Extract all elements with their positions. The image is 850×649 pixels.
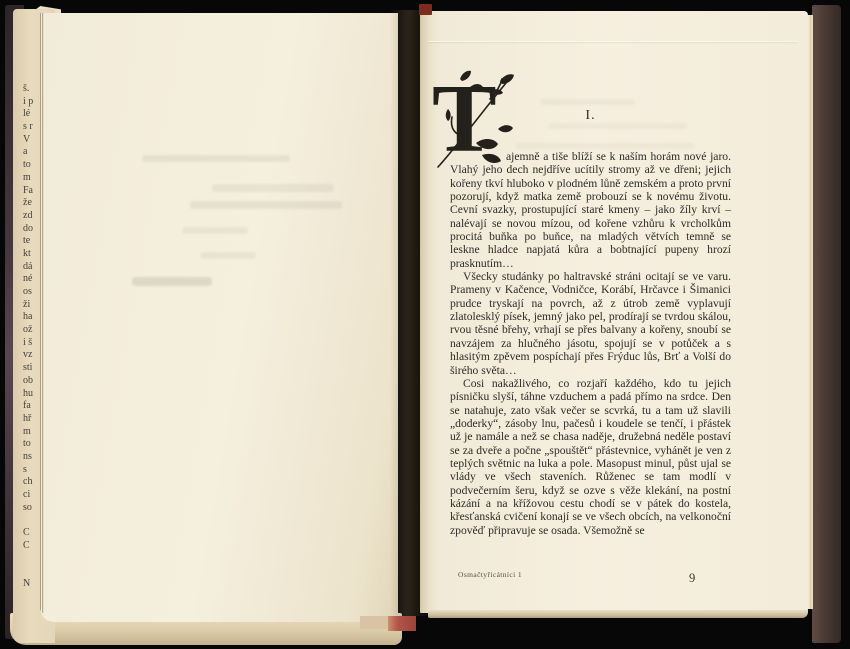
- paragraph-2: Všecky studánky po haltravské stráni oci…: [450, 270, 731, 377]
- show-through-smudge: [540, 99, 635, 105]
- right-bottom-page-edges: [428, 610, 808, 618]
- page-number: 9: [689, 571, 695, 586]
- paragraph-3: Cosi nakažlivého, co rozjaří každého, kd…: [450, 377, 731, 537]
- show-through-smudge: [190, 201, 342, 209]
- page-edge-lines: [40, 13, 46, 614]
- tan-page-lip-bottom: [360, 616, 388, 629]
- show-through-smudge: [212, 184, 334, 192]
- paragraph-1: ajemně a tiše blíží se k naším horám nov…: [450, 150, 731, 270]
- show-through-smudge: [142, 155, 290, 162]
- left-blank-page: [40, 13, 398, 622]
- show-through-smudge: [515, 143, 695, 149]
- show-through-smudge: [200, 252, 256, 259]
- body-text: ajemně a tiše blíží se k naším horám nov…: [450, 150, 731, 537]
- show-through-smudge: [132, 277, 212, 286]
- right-text-page: I. T: [420, 11, 808, 613]
- right-cover-edge: [812, 5, 841, 643]
- dropcap-spacer: [450, 150, 506, 161]
- signature-mark: Osmačtyřicátníci 1: [458, 570, 522, 579]
- show-through-smudge: [182, 227, 248, 234]
- top-page-edge-line: [428, 41, 798, 42]
- book-photo: š.i plés rVatomFažezddotektdánéosžihaoži…: [0, 0, 850, 649]
- red-cover-lip-bottom: [388, 616, 416, 631]
- red-cover-lip-top: [419, 4, 432, 15]
